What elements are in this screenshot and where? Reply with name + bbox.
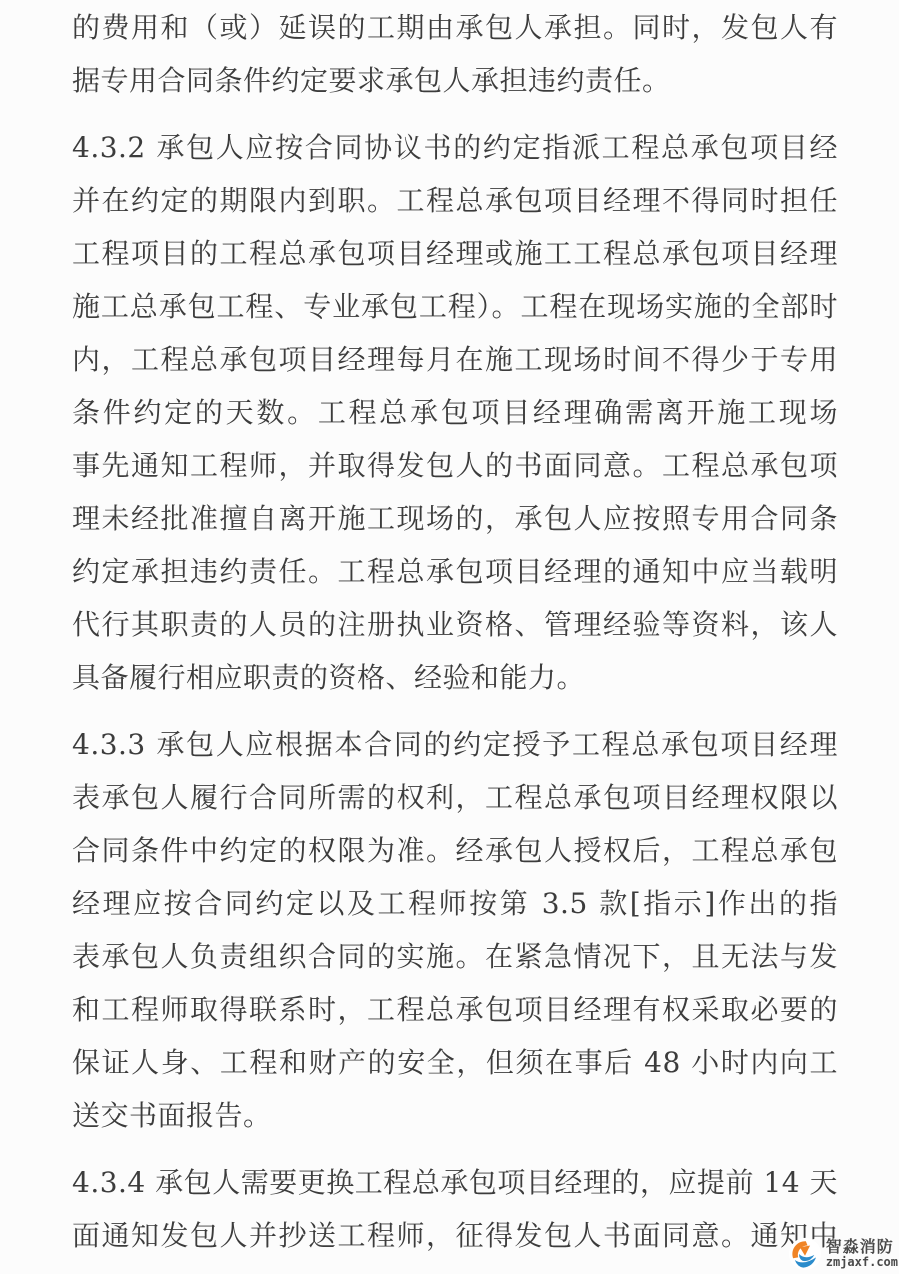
watermark-domain: zmjaxf.com [826, 1256, 898, 1269]
text-line: 条件约定的天数。工程总承包项目经理确需离开施工现场时，应 [72, 386, 838, 439]
text-line: 面通知发包人并抄送工程师，征得发包人书面同意。通知中应当 [72, 1209, 838, 1262]
text-line: 约定承担违约责任。工程总承包项目经理的通知中应当载明临时 [72, 545, 838, 598]
text-line: 代行其职责的人员的注册执业资格、管理经验等资料，该人员应 [72, 598, 838, 651]
watermark-text: 智淼消防 zmjaxf.com [826, 1239, 898, 1268]
text-line: 工程项目的工程总承包项目经理或施工工程总承包项目经理（含 [72, 227, 838, 280]
text-line: 保证人身、工程和财产的安全，但须在事后 48 小时内向工程师 [72, 1036, 838, 1089]
text-line: 表承包人负责组织合同的实施。在紧急情况下，且无法与发包人 [72, 930, 838, 983]
document-page: { "page": { "colors": { "background": "#… [0, 0, 899, 1274]
text-line: 送交书面报告。 [72, 1089, 838, 1142]
paragraph-clause-4-3-2: 4.3.2 承包人应按合同协议书的约定指派工程总承包项目经理， 并在约定的期限内… [72, 121, 838, 704]
text-line: 表承包人履行合同所需的权利，工程总承包项目经理权限以专用 [72, 771, 838, 824]
text-line: 的费用和（或）延误的工期由承包人承担。同时，发包人有权根 [72, 1, 838, 54]
watermark-brand: 智淼消防 [826, 1239, 898, 1256]
text-line: 具备履行相应职责的资格、经验和能力。 [72, 651, 838, 704]
watermark: 智淼消防 zmjaxf.com [788, 1237, 898, 1271]
text-line: 和工程师取得联系时，工程总承包项目经理有权采取必要的措施 [72, 983, 838, 1036]
zhimiao-fire-logo-icon [788, 1237, 822, 1271]
paragraph-clause-4-3-3: 4.3.3 承包人应根据本合同的约定授予工程总承包项目经理代 表承包人履行合同所… [72, 718, 838, 1142]
text-line: 4.3.3 承包人应根据本合同的约定授予工程总承包项目经理代 [72, 718, 838, 771]
document-body: 的费用和（或）延误的工期由承包人承担。同时，发包人有权根 据专用合同条件约定要求… [72, 1, 838, 1262]
text-line: 合同条件中约定的权限为准。经承包人授权后，工程总承包项目 [72, 824, 838, 877]
text-line: 理未经批准擅自离开施工现场的，承包人应按照专用合同条件的 [72, 492, 838, 545]
text-line: 内，工程总承包项目经理每月在施工现场时间不得少于专用合同 [72, 333, 838, 386]
paragraph-continuation: 的费用和（或）延误的工期由承包人承担。同时，发包人有权根 据专用合同条件约定要求… [72, 1, 838, 107]
text-line: 并在约定的期限内到职。工程总承包项目经理不得同时担任其他 [72, 174, 838, 227]
text-line: 经理应按合同约定以及工程师按第 3.5 款[指示]作出的指示，代 [72, 877, 838, 930]
text-line: 施工总承包工程、专业承包工程）。工程在现场实施的全部时间 [72, 280, 838, 333]
paragraph-clause-4-3-4: 4.3.4 承包人需要更换工程总承包项目经理的，应提前 14 天书 面通知发包人… [72, 1156, 838, 1262]
text-line: 4.3.4 承包人需要更换工程总承包项目经理的，应提前 14 天书 [72, 1156, 838, 1209]
text-line: 事先通知工程师，并取得发包人的书面同意。工程总承包项目经 [72, 439, 838, 492]
text-line: 4.3.2 承包人应按合同协议书的约定指派工程总承包项目经理， [72, 121, 838, 174]
text-line: 据专用合同条件约定要求承包人承担违约责任。 [72, 54, 838, 107]
